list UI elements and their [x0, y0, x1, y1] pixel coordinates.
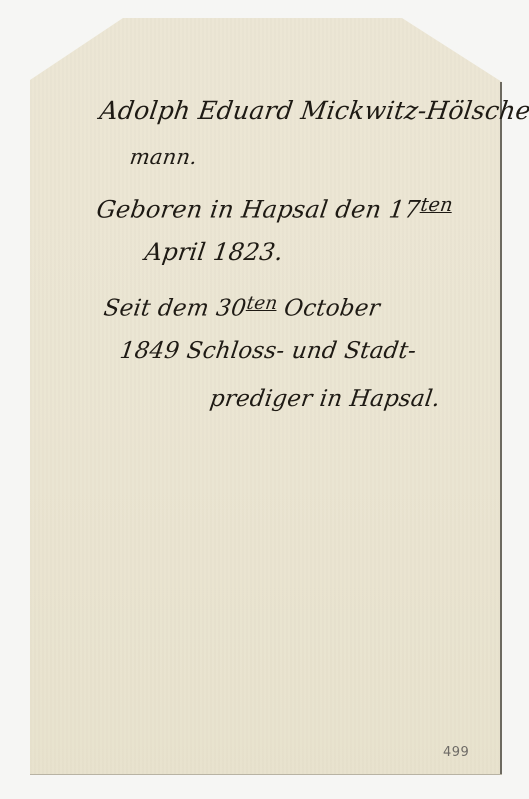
handwritten-line-position-continued: prediger in Hapsal.	[208, 386, 442, 412]
handwritten-line-name: Adolph Eduard Mickwitz-Hölscher-	[98, 96, 529, 125]
handwritten-line-birth-date: April 1823.	[143, 238, 285, 266]
card-bottom-edge	[30, 774, 502, 775]
handwritten-line-since: Seit dem 30ten October	[102, 293, 382, 321]
since-text-post: October	[275, 295, 382, 321]
catalog-number: 499	[443, 745, 469, 760]
ordinal-suffix: ten	[245, 293, 279, 314]
birth-text: Geboren in Hapsal den 17	[95, 196, 422, 224]
handwritten-line-position: 1849 Schloss- und Stadt-	[118, 338, 418, 364]
card-edge-shadow	[500, 82, 502, 775]
since-text: Seit dem 30	[102, 295, 248, 321]
handwritten-line-birth: Geboren in Hapsal den 17ten	[95, 193, 455, 224]
ordinal-suffix: ten	[419, 193, 454, 216]
handwritten-line-name-continued: mann.	[128, 145, 199, 169]
